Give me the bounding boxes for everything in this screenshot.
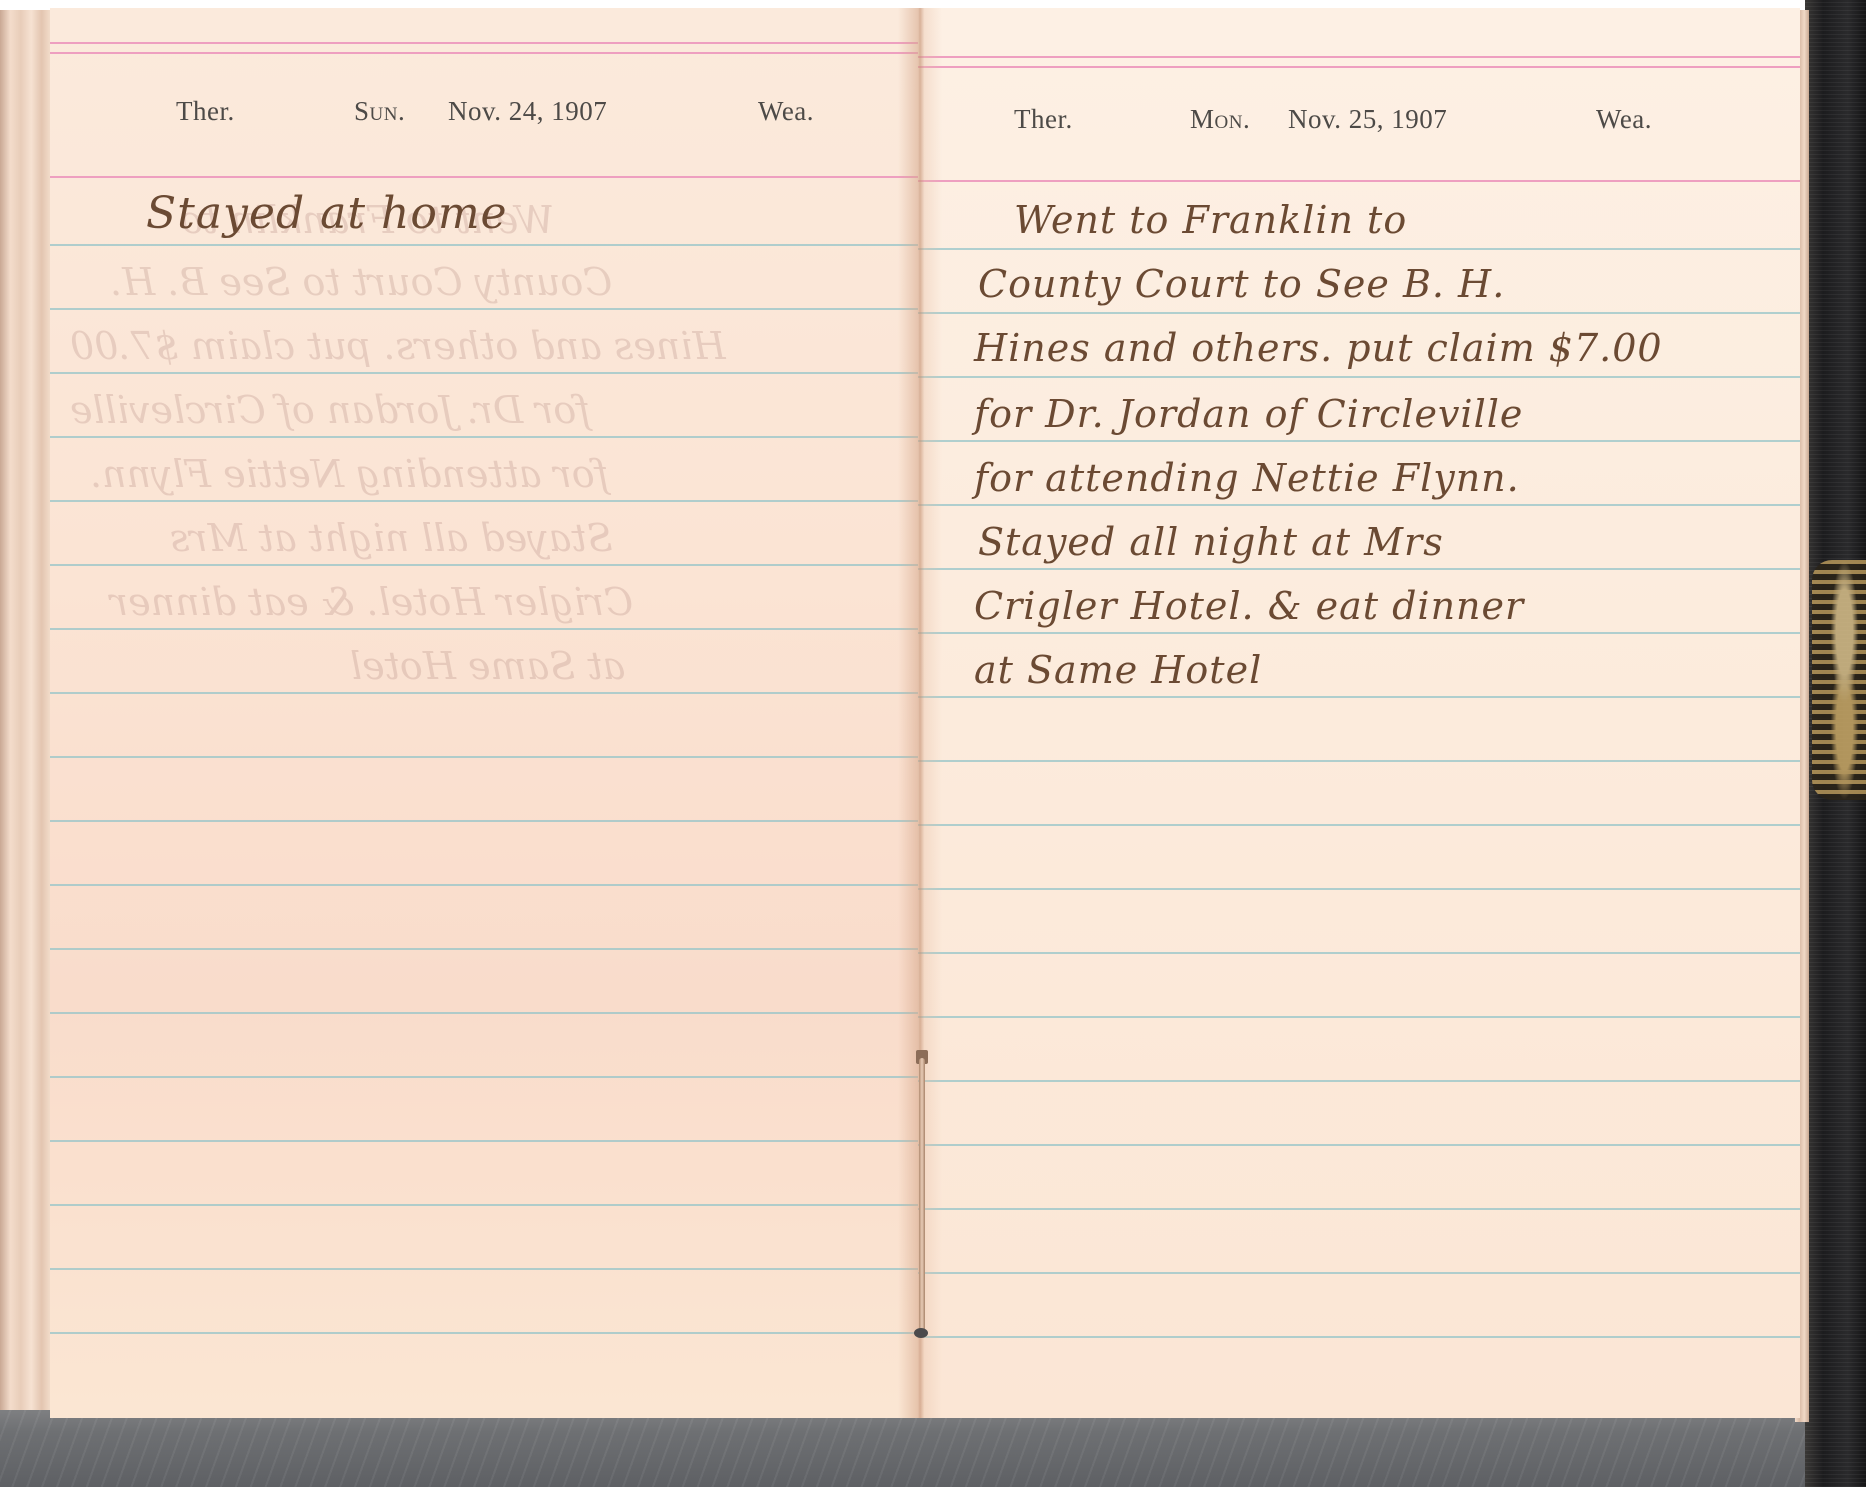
ruled-line [918,1336,1800,1338]
bleed-through-line: for Dr. Jordan of Circleville [70,388,590,432]
ruled-line [50,564,918,566]
bleed-through-line: Hines and others. put claim $7.00 [70,324,726,368]
entry-line: Stayed at home [146,188,508,239]
right-page: Ther. Mon. Nov. 25, 1907 Wea. Went to Fr… [918,8,1800,1418]
entry-line: at Same Hotel [974,648,1262,692]
ruled-line [50,1012,918,1014]
entry-line: for attending Nettie Flynn. [974,456,1520,500]
ruled-line [50,244,918,246]
ruled-line [50,756,918,758]
ruled-line [918,248,1800,250]
ther-label: Ther. [1014,104,1073,135]
ruled-line [918,504,1800,506]
bleed-through-line: County Court to See B. H. [110,260,612,304]
header-pink-rule [50,176,918,178]
top-pink-rule [918,56,1800,58]
ruled-line [50,628,918,630]
ruled-line [918,1016,1800,1018]
entry-line: County Court to See B. H. [978,262,1505,306]
date-label: Nov. 24, 1907 [448,96,607,127]
entry-line: for Dr. Jordan of Circleville [974,392,1523,436]
ruled-line [50,1268,918,1270]
ruled-line [50,1204,918,1206]
cover-emblem [1812,560,1866,800]
ruled-line [918,1272,1800,1274]
ruled-line [50,372,918,374]
left-page-edges [0,10,52,1410]
ruled-line [50,884,918,886]
ruled-line [50,1332,918,1334]
wea-label: Wea. [758,96,814,127]
bleed-through-line: Stayed all night at Mrs [170,516,613,560]
ruled-line [50,1140,918,1142]
day-label: Mon. [1190,104,1250,135]
ruled-line [918,696,1800,698]
header-pink-rule [918,180,1800,182]
top-pink-rule [50,42,918,44]
ruled-line [918,760,1800,762]
ruled-line [50,820,918,822]
top-pink-rule [50,52,918,54]
ruled-line [50,500,918,502]
ruled-line [918,888,1800,890]
ther-label: Ther. [176,96,235,127]
bleed-through-line: at Same Hotel [350,644,625,688]
ruled-line [918,1080,1800,1082]
ruled-line [918,952,1800,954]
ruled-line [918,568,1800,570]
ruled-line [918,440,1800,442]
date-label: Nov. 25, 1907 [1288,104,1447,135]
entry-line: Hines and others. put claim $7.00 [974,326,1663,370]
ruled-line [50,1076,918,1078]
day-label: Sun. [354,96,405,127]
entry-line: Went to Franklin to [1014,198,1407,242]
left-page: Ther. Sun. Nov. 24, 1907 Wea. Went to Fr… [50,8,918,1418]
binding-thread [919,1058,925,1338]
ruled-line [918,376,1800,378]
ruled-line [50,692,918,694]
binding-thread-knot [914,1328,928,1338]
wea-label: Wea. [1596,104,1652,135]
entry-line: Stayed all night at Mrs [978,520,1444,564]
bleed-through-line: for attending Nettie Flynn. [90,452,609,496]
ruled-line [918,1208,1800,1210]
ruled-line [918,632,1800,634]
bleed-through-line: Crigler Hotel. & eat dinner [110,580,633,624]
ruled-line [918,312,1800,314]
ruled-line [918,1144,1800,1146]
ruled-line [50,436,918,438]
ruled-line [50,948,918,950]
ruled-line [50,308,918,310]
entry-line: Crigler Hotel. & eat dinner [974,584,1524,628]
top-pink-rule [918,66,1800,68]
ruled-line [918,824,1800,826]
